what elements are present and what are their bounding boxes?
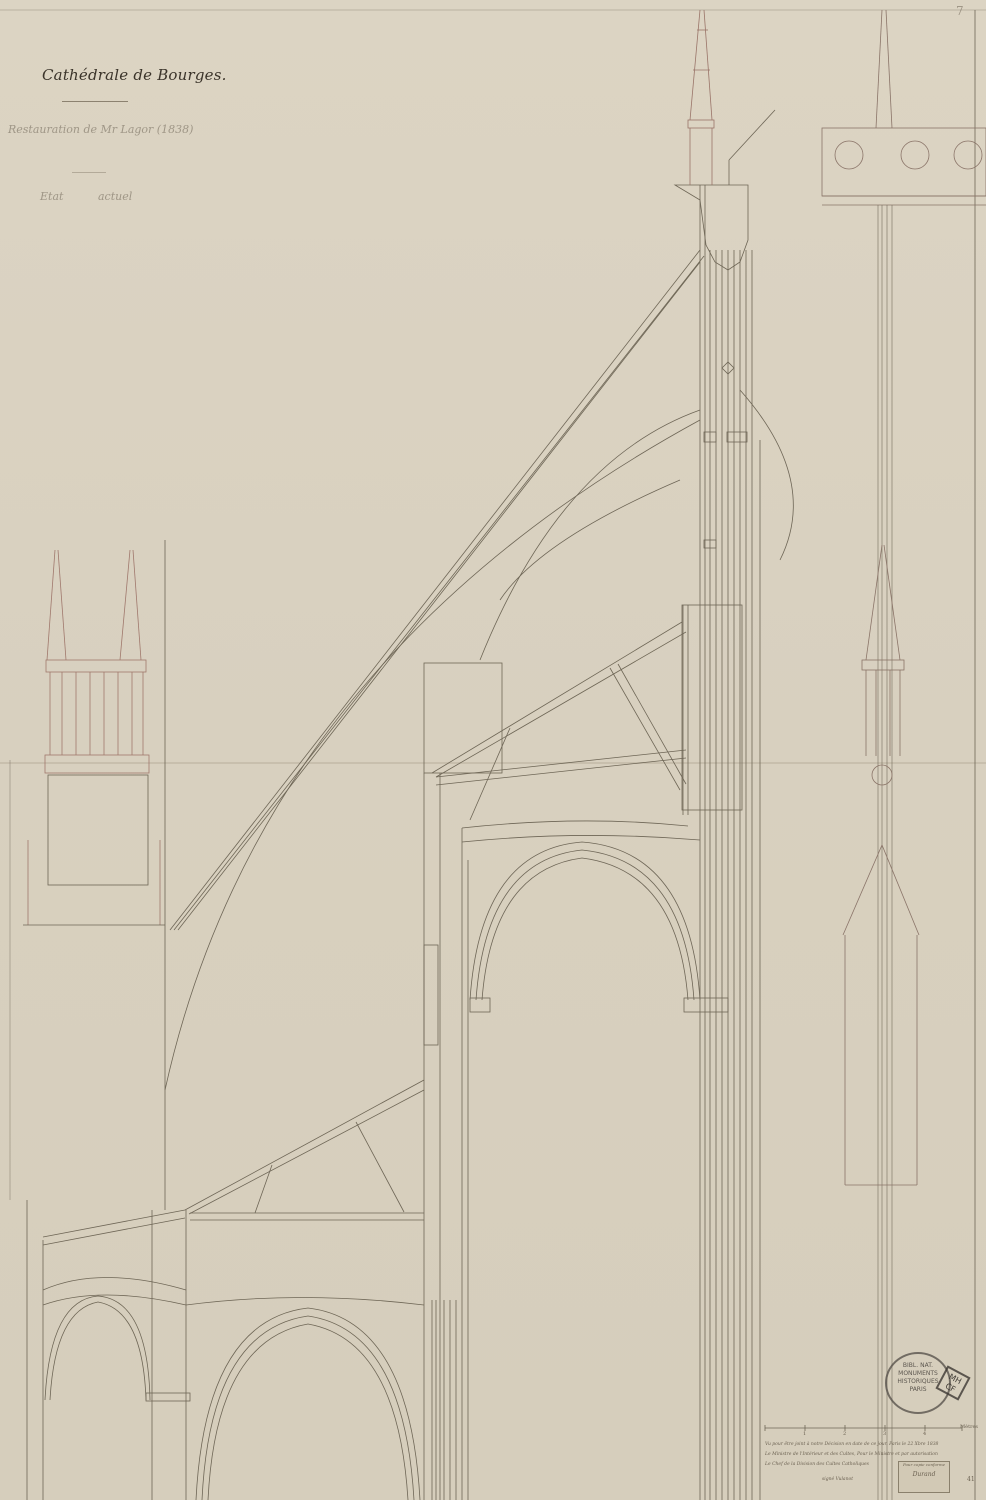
scale-unit: Mètres <box>960 1424 978 1430</box>
signature-box-label: Pour copie conforme <box>899 1462 949 1467</box>
main-pier <box>675 110 775 1500</box>
scale-tick-1: 1 <box>803 1431 806 1437</box>
lower-roof-truss <box>43 1080 424 1245</box>
scale-tick-3: 3 <box>883 1431 886 1437</box>
signature-box: Pour copie conforme Durand <box>898 1461 950 1493</box>
lower-aisle <box>27 540 456 1500</box>
scale-bar <box>765 1425 962 1431</box>
upper-roof-truss <box>424 605 700 842</box>
scale-tick-4: 4 <box>923 1431 926 1437</box>
clerestory-walls <box>424 605 742 1500</box>
caption-line-4: signé Vulanot <box>822 1477 853 1482</box>
caption-line-3: Le Chef de la Division des Cultes Cathol… <box>765 1462 869 1467</box>
right-elevation <box>822 10 986 1500</box>
nave-arch <box>470 842 728 1012</box>
cathedral-section-drawing <box>0 0 986 1500</box>
signature: Durand <box>899 1471 949 1478</box>
central-spire <box>688 10 714 185</box>
caption-line-1: Vu pour être joint à notre Décision en d… <box>765 1442 938 1447</box>
flying-buttress-upper <box>165 250 793 1090</box>
caption-line-2: Le Ministre de l'Intérieur et des Cultes… <box>765 1452 938 1457</box>
folio-number: 41 <box>967 1476 975 1483</box>
scale-tick-2: 2 <box>843 1431 846 1437</box>
